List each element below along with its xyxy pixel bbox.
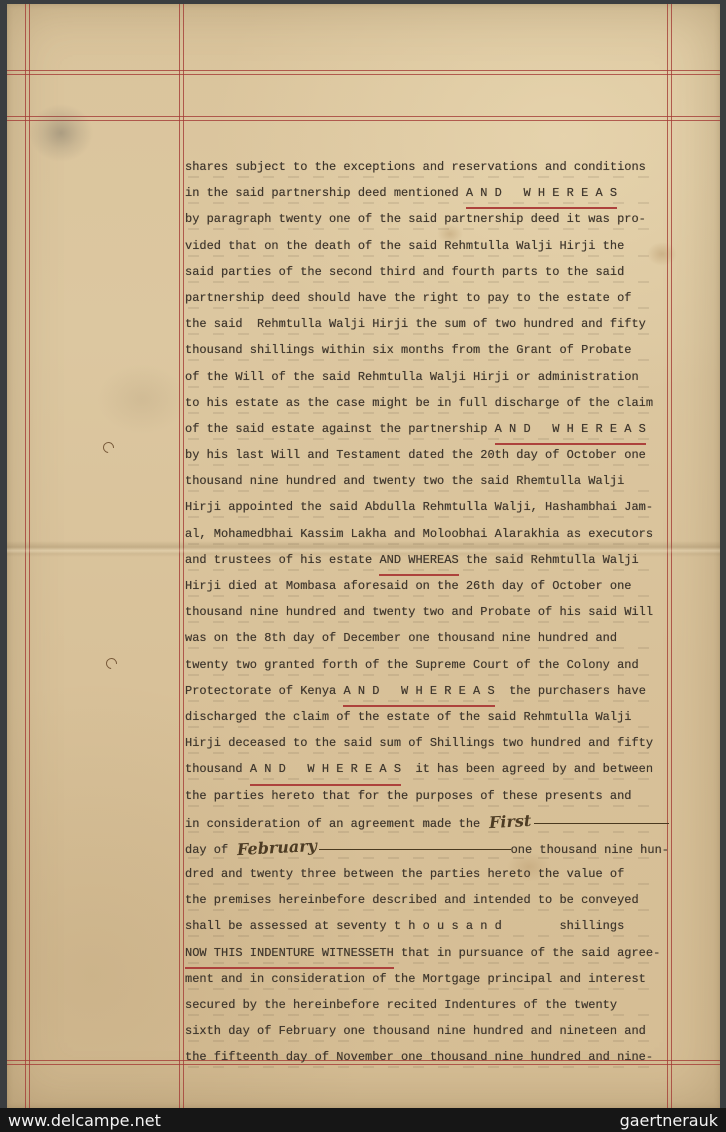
typed-text: thousand shillings within six months fro… bbox=[185, 337, 631, 363]
document-line: shall be assessed at seventy t h o u s a… bbox=[185, 913, 669, 939]
document-line: Hirji deceased to the said sum of Shilli… bbox=[185, 730, 669, 756]
handwritten-word: February bbox=[235, 833, 320, 864]
typed-text: one thousand nine hun- bbox=[511, 837, 669, 863]
document-line: Hirji appointed the said Abdulla Rehmtul… bbox=[185, 494, 669, 520]
document-line: of the said estate against the partnersh… bbox=[185, 416, 669, 442]
typed-text: Hirji deceased to the said sum of Shilli… bbox=[185, 730, 653, 756]
handwritten-word: First bbox=[487, 807, 535, 836]
typed-text: of the said estate against the partnersh… bbox=[185, 416, 495, 442]
typed-text: by paragraph twenty one of the said part… bbox=[185, 206, 646, 232]
document-line: al, Mohamedbhai Kassim Lakha and Moloobh… bbox=[185, 521, 669, 547]
document-line: said parties of the second third and fou… bbox=[185, 259, 669, 285]
typed-text: thousand nine hundred and twenty two the… bbox=[185, 468, 624, 494]
document-line: in the said partnership deed mentioned A… bbox=[185, 180, 669, 206]
typed-text: Protectorate of Kenya bbox=[185, 678, 343, 704]
typed-text: the purchasers have bbox=[495, 678, 646, 704]
punch-mark bbox=[104, 656, 119, 671]
typed-text: shall be assessed at seventy t h o u s a… bbox=[185, 913, 624, 939]
ink-rule-line bbox=[534, 823, 669, 824]
red-underlined-phrase: A N D W H E R E A S bbox=[495, 416, 646, 445]
document-line: to his estate as the case might be in fu… bbox=[185, 390, 669, 416]
document-line: of the Will of the said Rehmtulla Walji … bbox=[185, 364, 669, 390]
typed-text: that in pursuance of the said agree- bbox=[394, 940, 660, 966]
typed-text: thousand nine hundred and twenty two and… bbox=[185, 599, 653, 625]
document-line: the fifteenth day of November one thousa… bbox=[185, 1044, 669, 1070]
document-line: vided that on the death of the said Rehm… bbox=[185, 233, 669, 259]
typed-text: was on the 8th day of December one thous… bbox=[185, 625, 617, 651]
stain bbox=[29, 104, 93, 162]
typed-text: secured by the hereinbefore recited Inde… bbox=[185, 992, 617, 1018]
document-line: by paragraph twenty one of the said part… bbox=[185, 206, 669, 232]
document-line: day of Februaryone thousand nine hun- bbox=[185, 835, 669, 861]
document-line: Protectorate of Kenya A N D W H E R E A … bbox=[185, 678, 669, 704]
document-line: in consideration of an agreement made th… bbox=[185, 809, 669, 835]
typed-text: ment and in consideration of the Mortgag… bbox=[185, 966, 646, 992]
typed-text: Hirji appointed the said Abdulla Rehmtul… bbox=[185, 494, 653, 520]
red-underlined-phrase: AND WHEREAS bbox=[379, 547, 458, 576]
document-line: twenty two granted forth of the Supreme … bbox=[185, 652, 669, 678]
document-line: NOW THIS INDENTURE WITNESSETH that in pu… bbox=[185, 940, 669, 966]
document-line: discharged the claim of the estate of th… bbox=[185, 704, 669, 730]
typed-text: the said Rehmtulla Walji Hirji the sum o… bbox=[185, 311, 646, 337]
typed-text: the parties hereto that for the purposes… bbox=[185, 783, 631, 809]
typed-text: partnership deed should have the right t… bbox=[185, 285, 631, 311]
document-line: Hirji died at Mombasa aforesaid on the 2… bbox=[185, 573, 669, 599]
typed-text: the said Rehmtulla Walji bbox=[459, 547, 639, 573]
document-line: ment and in consideration of the Mortgag… bbox=[185, 966, 669, 992]
typed-text: day of bbox=[185, 837, 235, 863]
document-line: thousand nine hundred and twenty two the… bbox=[185, 468, 669, 494]
red-underlined-phrase: A N D W H E R E A S bbox=[466, 180, 617, 209]
document-line: the said Rehmtulla Walji Hirji the sum o… bbox=[185, 311, 669, 337]
ink-rule-line bbox=[319, 849, 510, 850]
typed-text: vided that on the death of the said Rehm… bbox=[185, 233, 624, 259]
punch-mark bbox=[101, 440, 116, 455]
watermark-left-text: www.delcampe.net bbox=[8, 1111, 161, 1130]
stain bbox=[97, 364, 187, 434]
red-underlined-phrase: NOW THIS INDENTURE WITNESSETH bbox=[185, 940, 394, 969]
document-line: sixth day of February one thousand nine … bbox=[185, 1018, 669, 1044]
typed-text: twenty two granted forth of the Supreme … bbox=[185, 652, 639, 678]
typed-text: it has been agreed by and between bbox=[401, 756, 653, 782]
typed-text: said parties of the second third and fou… bbox=[185, 259, 624, 285]
document-line: thousand A N D W H E R E A S it has been… bbox=[185, 756, 669, 782]
typed-text: shares subject to the exceptions and res… bbox=[185, 154, 646, 180]
red-underlined-phrase: A N D W H E R E A S bbox=[343, 678, 494, 707]
typed-text: the fifteenth day of November one thousa… bbox=[185, 1044, 653, 1070]
typed-text: discharged the claim of the estate of th… bbox=[185, 704, 631, 730]
typed-text: Hirji died at Mombasa aforesaid on the 2… bbox=[185, 573, 631, 599]
typed-text: thousand bbox=[185, 756, 250, 782]
document-lines: shares subject to the exceptions and res… bbox=[185, 154, 669, 1071]
document-line: was on the 8th day of December one thous… bbox=[185, 625, 669, 651]
document-line: dred and twenty three between the partie… bbox=[185, 861, 669, 887]
typed-text: and trustees of his estate bbox=[185, 547, 379, 573]
ledger-horizontal-rule bbox=[7, 116, 720, 121]
typed-text: in consideration of an agreement made th… bbox=[185, 811, 487, 837]
typed-text: in the said partnership deed mentioned bbox=[185, 180, 466, 206]
document-line: partnership deed should have the right t… bbox=[185, 285, 669, 311]
typed-text: sixth day of February one thousand nine … bbox=[185, 1018, 646, 1044]
document-line: thousand shillings within six months fro… bbox=[185, 337, 669, 363]
typed-text: to his estate as the case might be in fu… bbox=[185, 390, 653, 416]
document-line: and trustees of his estate AND WHEREAS t… bbox=[185, 547, 669, 573]
watermark-right-text: gaertnerauk bbox=[620, 1111, 718, 1130]
typed-text: dred and twenty three between the partie… bbox=[185, 861, 624, 887]
document-line: by his last Will and Testament dated the… bbox=[185, 442, 669, 468]
typed-text: of the Will of the said Rehmtulla Walji … bbox=[185, 364, 639, 390]
watermark-bar: www.delcampe.net gaertnerauk bbox=[0, 1108, 726, 1132]
document-line: thousand nine hundred and twenty two and… bbox=[185, 599, 669, 625]
document-line: secured by the hereinbefore recited Inde… bbox=[185, 992, 669, 1018]
document-line: the parties hereto that for the purposes… bbox=[185, 783, 669, 809]
document-line: shares subject to the exceptions and res… bbox=[185, 154, 669, 180]
red-underlined-phrase: A N D W H E R E A S bbox=[250, 756, 401, 785]
ledger-horizontal-rule bbox=[7, 70, 720, 75]
typed-text: al, Mohamedbhai Kassim Lakha and Moloobh… bbox=[185, 521, 653, 547]
typed-text: by his last Will and Testament dated the… bbox=[185, 442, 646, 468]
document-page: shares subject to the exceptions and res… bbox=[7, 4, 720, 1108]
document-line: the premises hereinbefore described and … bbox=[185, 887, 669, 913]
typed-text: the premises hereinbefore described and … bbox=[185, 887, 639, 913]
